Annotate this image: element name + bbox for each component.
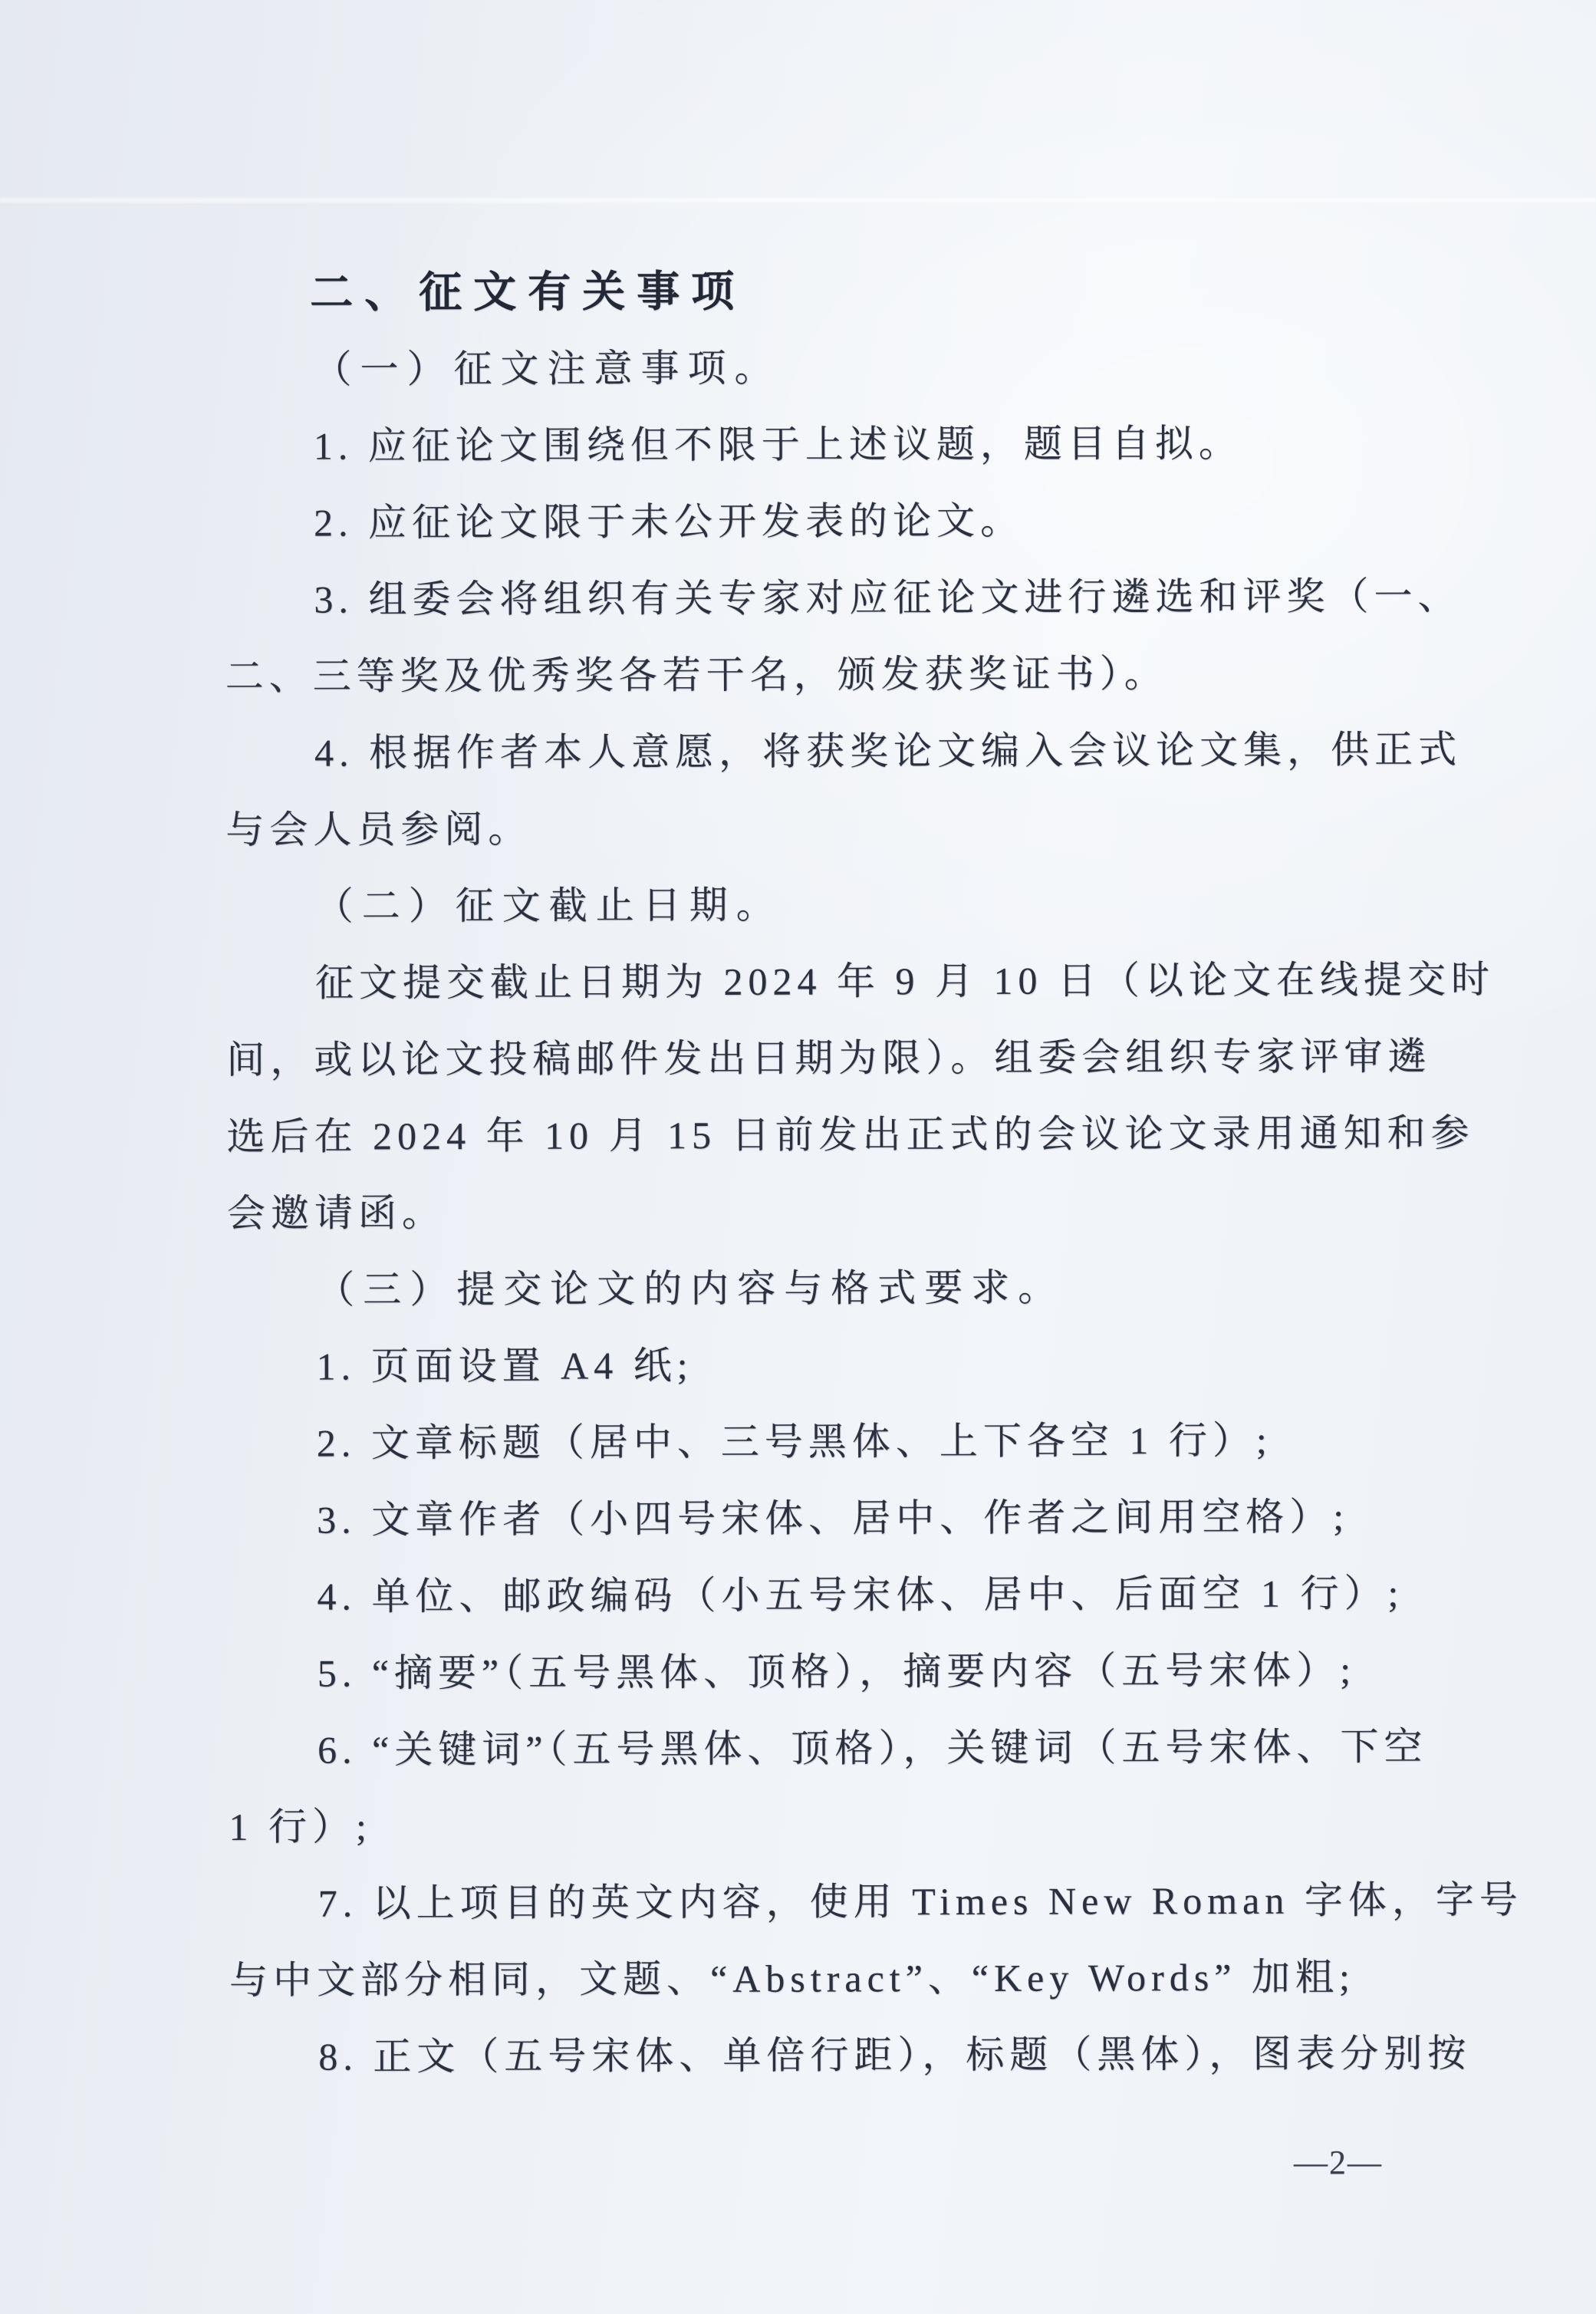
list-item-2: 2. 应征论文限于未公开发表的论文。 (225, 481, 1513, 561)
format-item-7-line-1: 7. 以上项目的英文内容，使用 Times New Roman 字体，字号 (229, 1861, 1518, 1942)
format-item-6-line-1: 6. “关键词”（五号黑体、顶格），关键词（五号宋体、下空 (229, 1708, 1517, 1789)
page-number: —2— (1262, 2140, 1415, 2186)
format-item-7-line-2: 与中文部分相同，文题、“Abstract”、“Key Words” 加粗; (229, 1938, 1518, 2019)
list-item-4-line-1: 4. 根据作者本人意愿，将获奖论文编入会议论文集，供正式 (225, 711, 1514, 792)
deadline-paragraph-line-1: 征文提交截止日期为 2024 年 9 月 10 日（以论文在线提交时 (226, 941, 1515, 1022)
scanner-light-streak (0, 198, 1596, 202)
list-item-1: 1. 应征论文围绕但不限于上述议题，题目自拟。 (225, 404, 1513, 485)
subsection-heading-1: （一）征文注意事项。 (224, 328, 1512, 408)
subsection-heading-2: （二）征文截止日期。 (226, 864, 1515, 945)
document-body: 二、征文有关事项 （一）征文注意事项。 1. 应征论文围绕但不限于上述议题，题目… (224, 251, 1519, 2095)
subsection-heading-3: （三）提交论文的内容与格式要求。 (227, 1248, 1515, 1328)
deadline-paragraph-line-3: 选后在 2024 年 10 月 15 日前发出正式的会议论文录用通知和参 (226, 1094, 1515, 1175)
format-item-1: 1. 页面设置 A4 纸; (227, 1325, 1515, 1405)
section-heading: 二、征文有关事项 (224, 251, 1512, 331)
list-item-3-line-2: 二、三等奖及优秀奖各若干名，颁发获奖证书）。 (225, 634, 1514, 715)
format-item-3: 3. 文章作者（小四号宋体、居中、作者之间用空格）; (228, 1478, 1516, 1559)
deadline-paragraph-line-4: 会邀请函。 (227, 1171, 1515, 1252)
deadline-paragraph-line-2: 间，或以论文投稿邮件发出日期为限）。组委会组织专家评审遴 (226, 1018, 1515, 1098)
format-item-6-line-2: 1 行）; (229, 1785, 1517, 1865)
list-item-3-line-1: 3. 组委会将组织有关专家对应征论文进行遴选和评奖（一、 (225, 558, 1513, 638)
format-item-4: 4. 单位、邮政编码（小五号宋体、居中、后面空 1 行）; (228, 1555, 1516, 1635)
list-item-4-line-2: 与会人员参阅。 (225, 788, 1514, 868)
format-item-2: 2. 文章标题（居中、三号黑体、上下各空 1 行）; (228, 1401, 1516, 1482)
format-item-5: 5. “摘要”（五号黑体、顶格），摘要内容（五号宋体）; (229, 1631, 1517, 1712)
format-item-8-line-1: 8. 正文（五号宋体、单倍行距），标题（黑体），图表分别按 (229, 2015, 1518, 2095)
